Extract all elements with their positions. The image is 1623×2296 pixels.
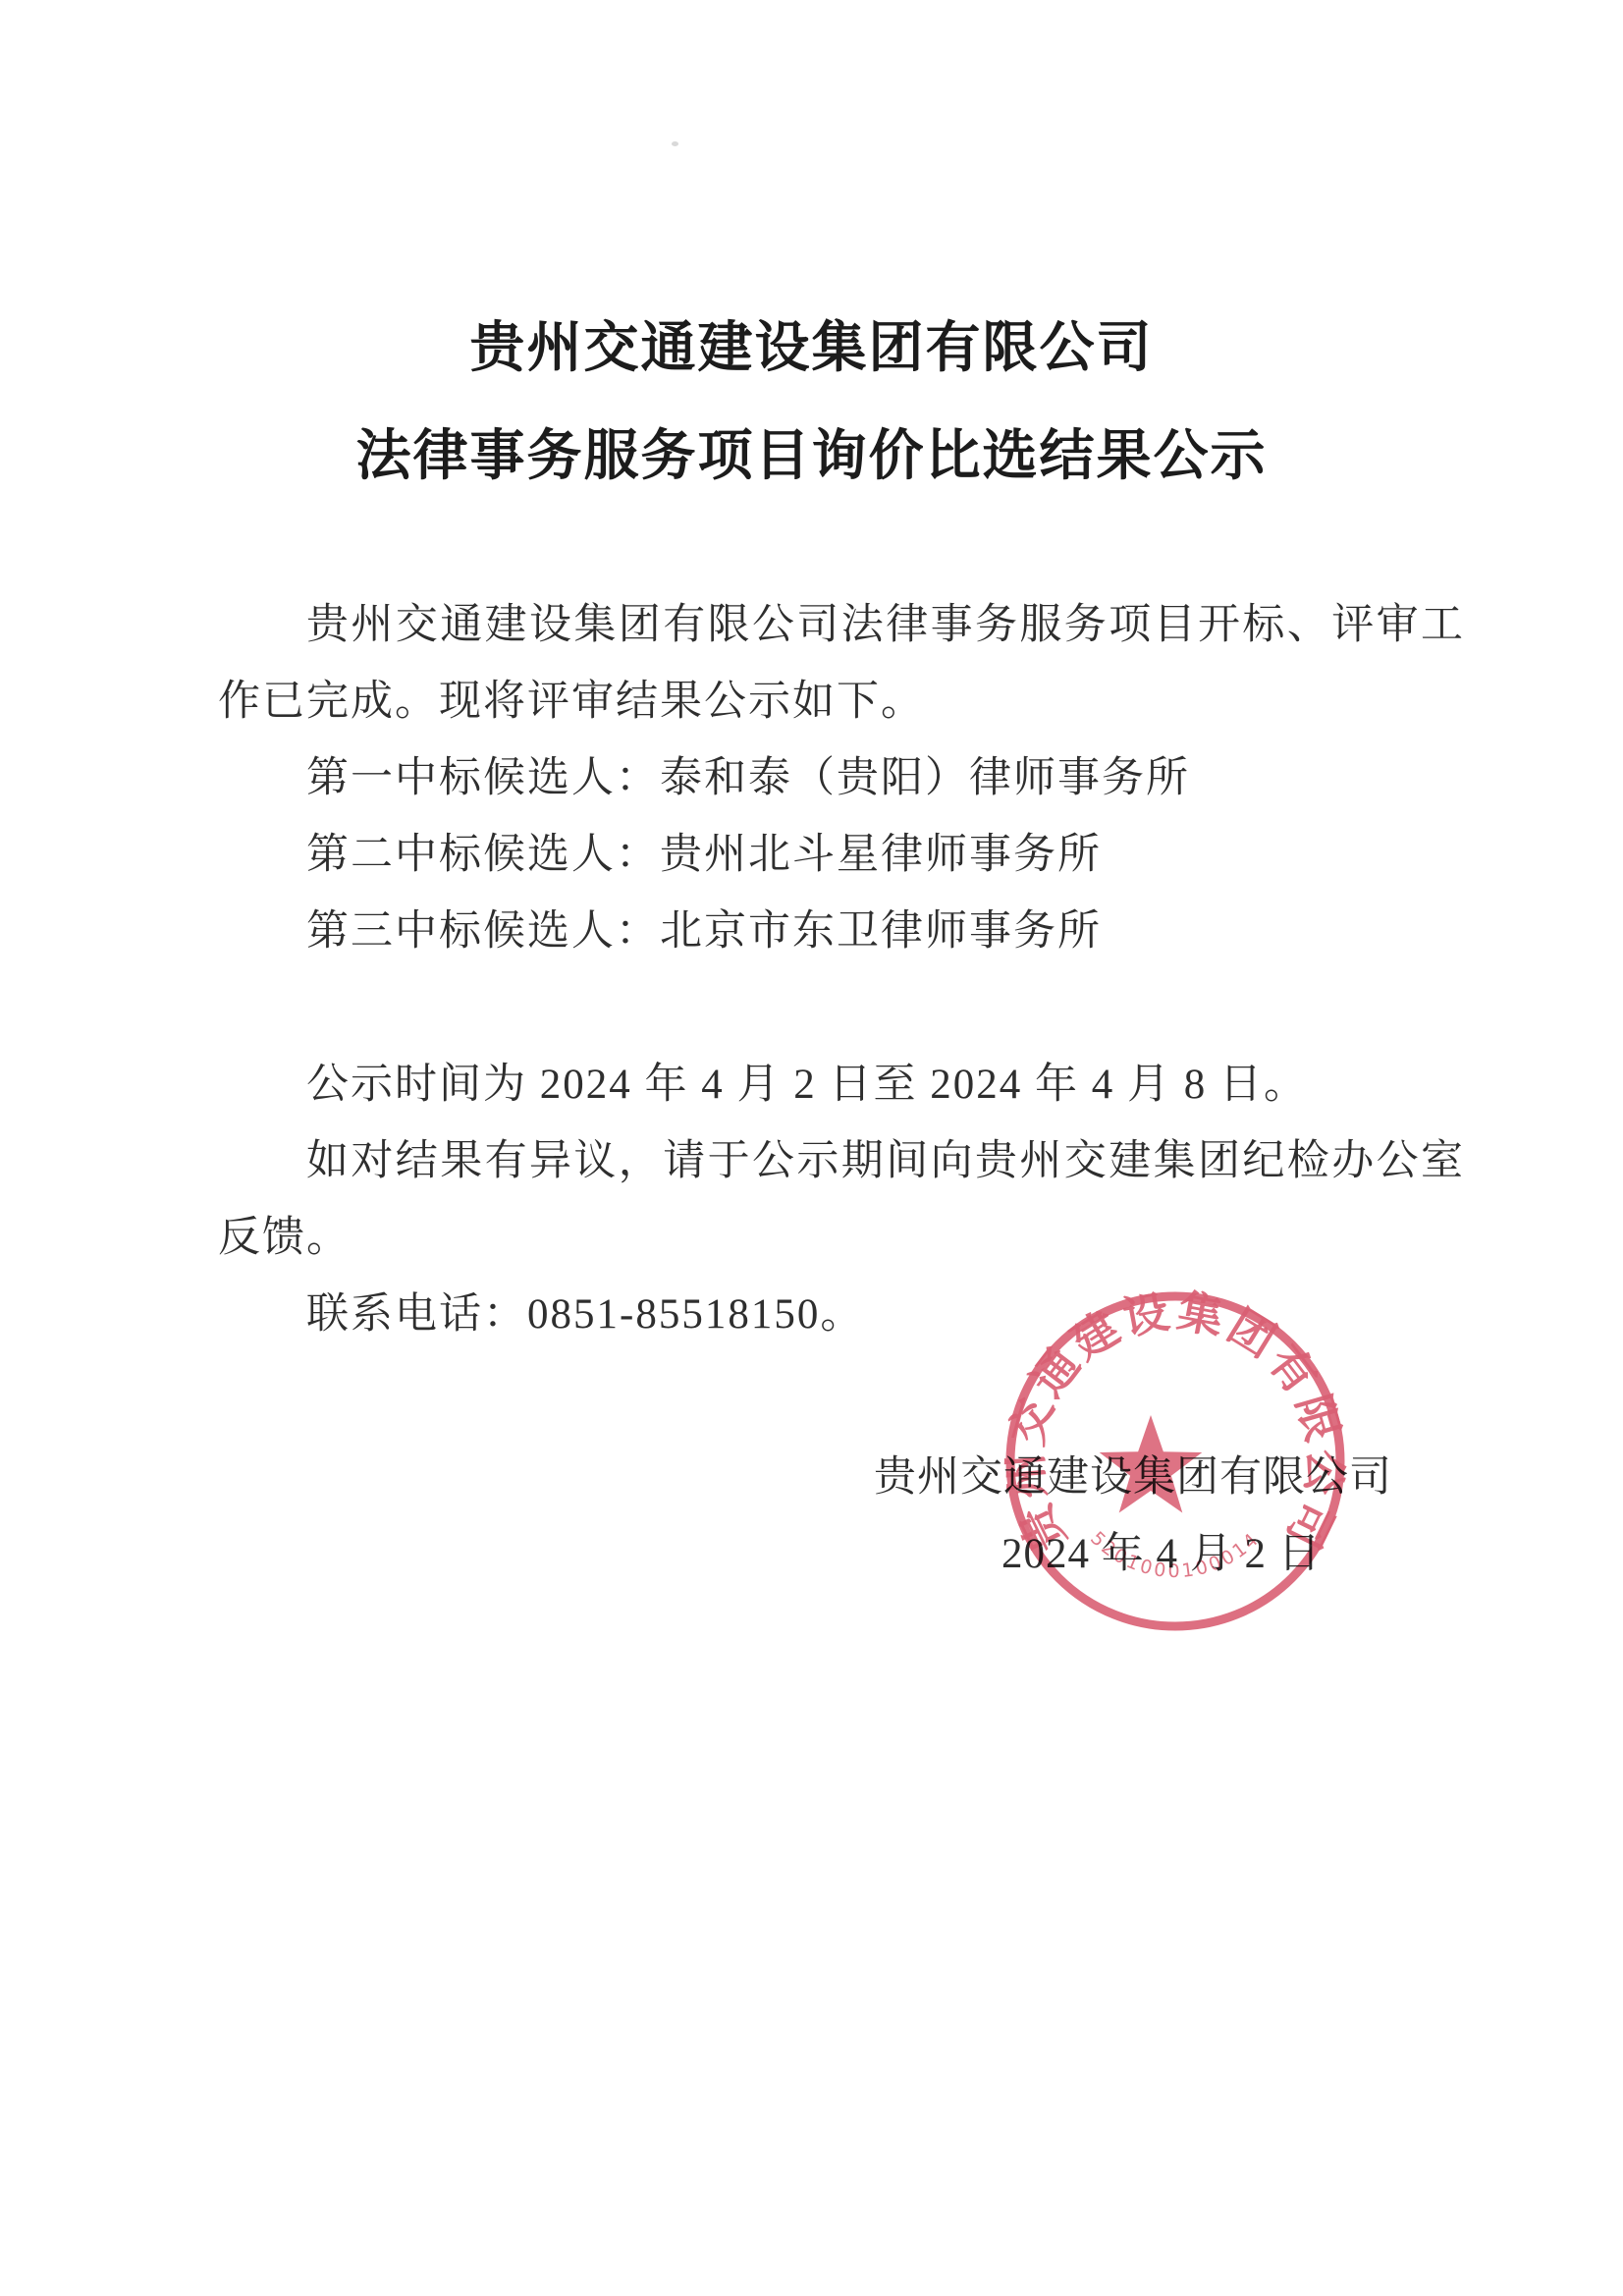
- document-body: 贵州交通建设集团有限公司法律事务服务项目开标、评审工作已完成。现将评审结果公示如…: [218, 587, 1465, 1353]
- title-line-1: 贵州交通建设集团有限公司: [0, 295, 1623, 403]
- title-line-2: 法律事务服务项目询价比选结果公示: [0, 403, 1623, 511]
- candidate-line-second: 第二中标候选人：贵州北斗星律师事务所: [218, 817, 1465, 894]
- candidate-firm-name: 贵州北斗星律师事务所: [660, 832, 1102, 878]
- candidate-rank-label: 第一中标候选人：: [306, 755, 660, 801]
- candidate-line-first: 第一中标候选人：泰和泰（贵阳）律师事务所: [218, 740, 1465, 817]
- candidate-rank-label: 第二中标候选人：: [306, 832, 660, 878]
- document-page: 贵州交通建设集团有限公司 法律事务服务项目询价比选结果公示 贵州交通建设集团有限…: [0, 0, 1623, 2296]
- seal-code-text: 5201000100014: [1086, 1527, 1265, 1582]
- candidate-firm-name: 北京市东卫律师事务所: [660, 908, 1102, 955]
- scan-artifact-dot: [672, 141, 678, 146]
- publicity-period-line: 公示时间为 2024 年 4 月 2 日至 2024 年 4 月 8 日。: [218, 1047, 1465, 1123]
- seal-company-text: 贵州交通建设集团有限公司: [1001, 1285, 1351, 1559]
- candidate-firm-name: 泰和泰（贵阳）律师事务所: [660, 755, 1190, 801]
- red-star-icon: [1100, 1415, 1203, 1513]
- candidate-line-third: 第三中标候选人：北京市东卫律师事务所: [218, 894, 1465, 970]
- company-seal-stamp: 贵州交通建设集团有限公司 5201000100014: [989, 1275, 1362, 1648]
- candidate-rank-label: 第三中标候选人：: [306, 908, 660, 955]
- objection-paragraph: 如对结果有异议，请于公示期间向贵州交建集团纪检办公室反馈。: [218, 1123, 1465, 1277]
- intro-paragraph: 贵州交通建设集团有限公司法律事务服务项目开标、评审工作已完成。现将评审结果公示如…: [218, 587, 1465, 740]
- document-title: 贵州交通建设集团有限公司 法律事务服务项目询价比选结果公示: [0, 295, 1623, 511]
